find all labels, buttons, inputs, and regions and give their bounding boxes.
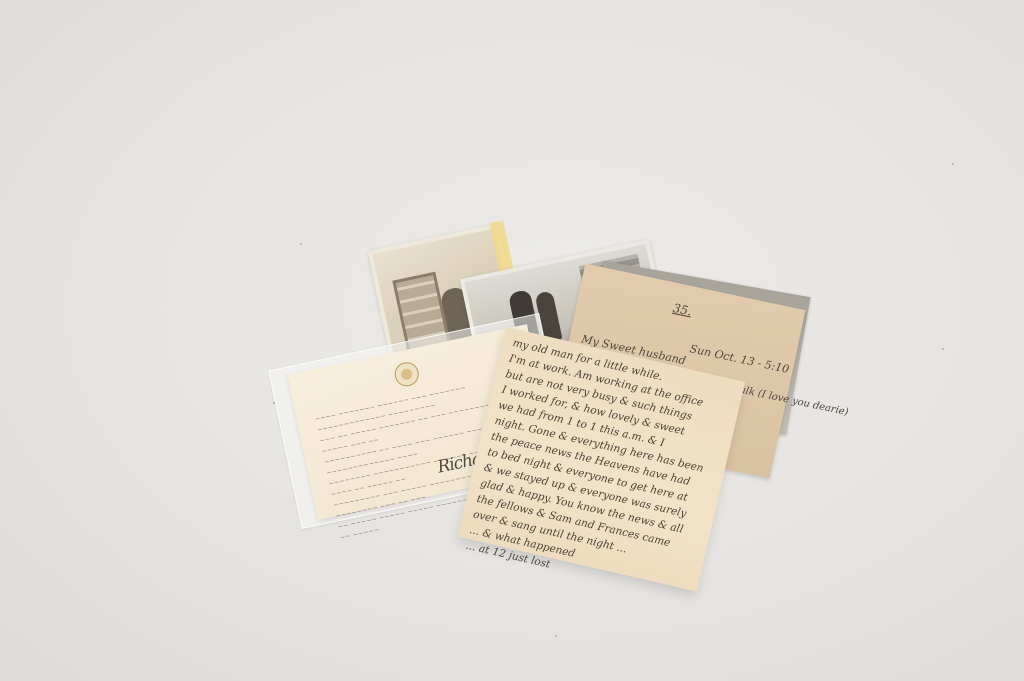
letter-date: Sun Oct. 13 - 5:10 <box>689 342 791 376</box>
letter-body: my old man for a little while. I'm at wo… <box>464 335 738 605</box>
photo-scene: ~~~~ ~~~~~~~ ~~~~~~ ~~~ ~~~~~~~ ~~~~~~~~… <box>0 0 1024 681</box>
letter-page-number: 35. <box>672 301 694 319</box>
presidential-seal-icon <box>392 360 420 388</box>
dust-speck <box>555 635 557 637</box>
dust-speck <box>942 348 944 350</box>
dust-speck <box>300 243 302 245</box>
dust-speck <box>952 163 954 165</box>
